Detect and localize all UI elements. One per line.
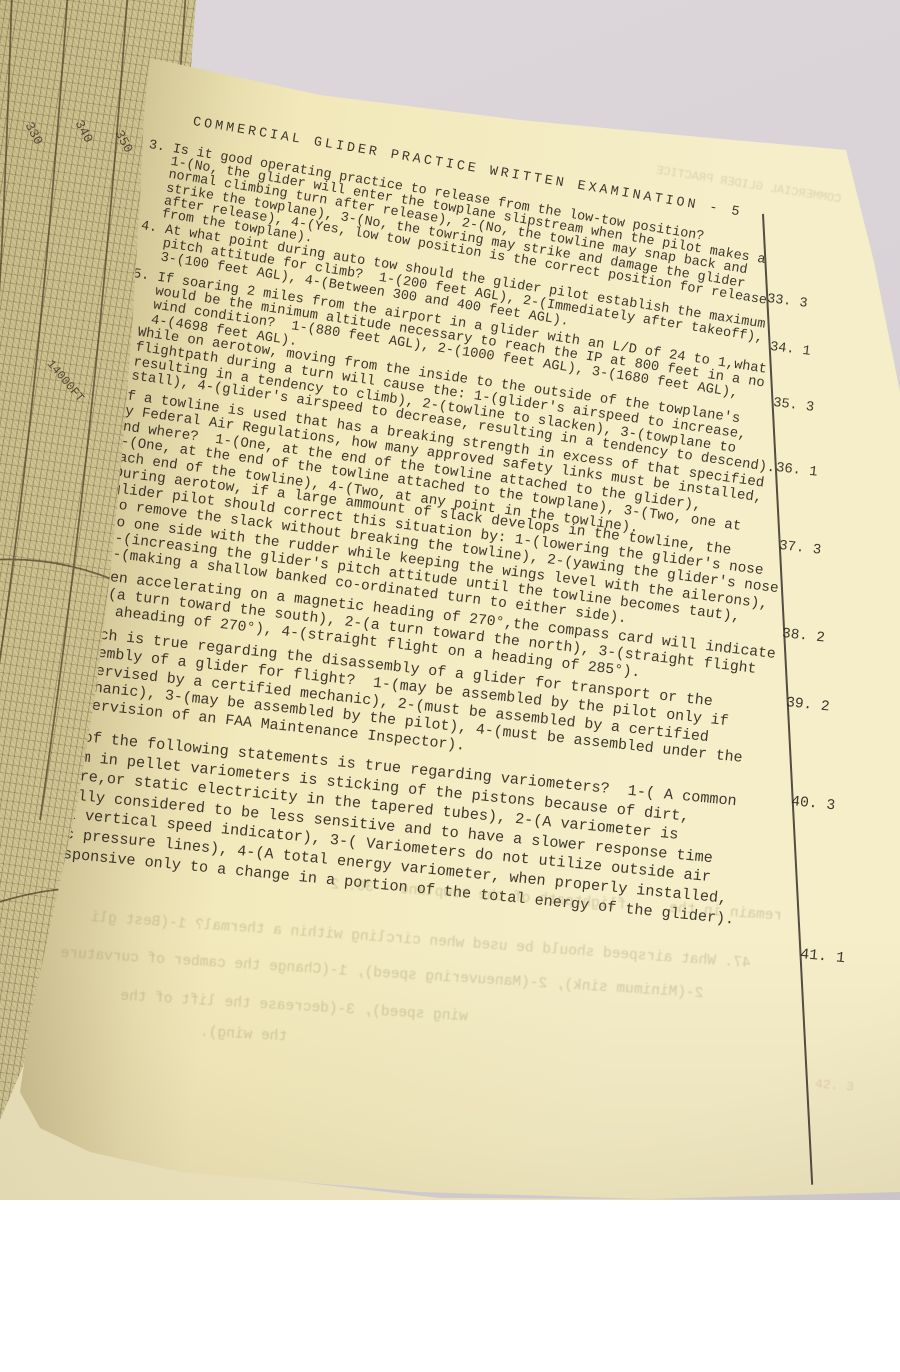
answer-item: 38. 2 bbox=[781, 626, 825, 647]
bleed-through-text: wing speed), 3-(decrease the lift of the bbox=[120, 989, 468, 1026]
answer-item: 35. 3 bbox=[772, 396, 815, 416]
bleed-through-text: the wing). bbox=[200, 1025, 288, 1046]
answer-item: 36. 1 bbox=[775, 460, 818, 481]
answer-item: 34. 1 bbox=[769, 340, 811, 360]
answer-item: 40. 3 bbox=[790, 794, 835, 814]
answer-item: 33. 3 bbox=[766, 292, 808, 312]
answer-item: 37. 3 bbox=[778, 538, 822, 559]
photo-scene: is true from the (Stable 330 340 350 140… bbox=[0, 0, 900, 1200]
answer-item: 41. 1 bbox=[799, 946, 845, 967]
answer-item: 39. 2 bbox=[785, 695, 830, 715]
bleed-through-text: 42. 3 bbox=[814, 1076, 854, 1094]
